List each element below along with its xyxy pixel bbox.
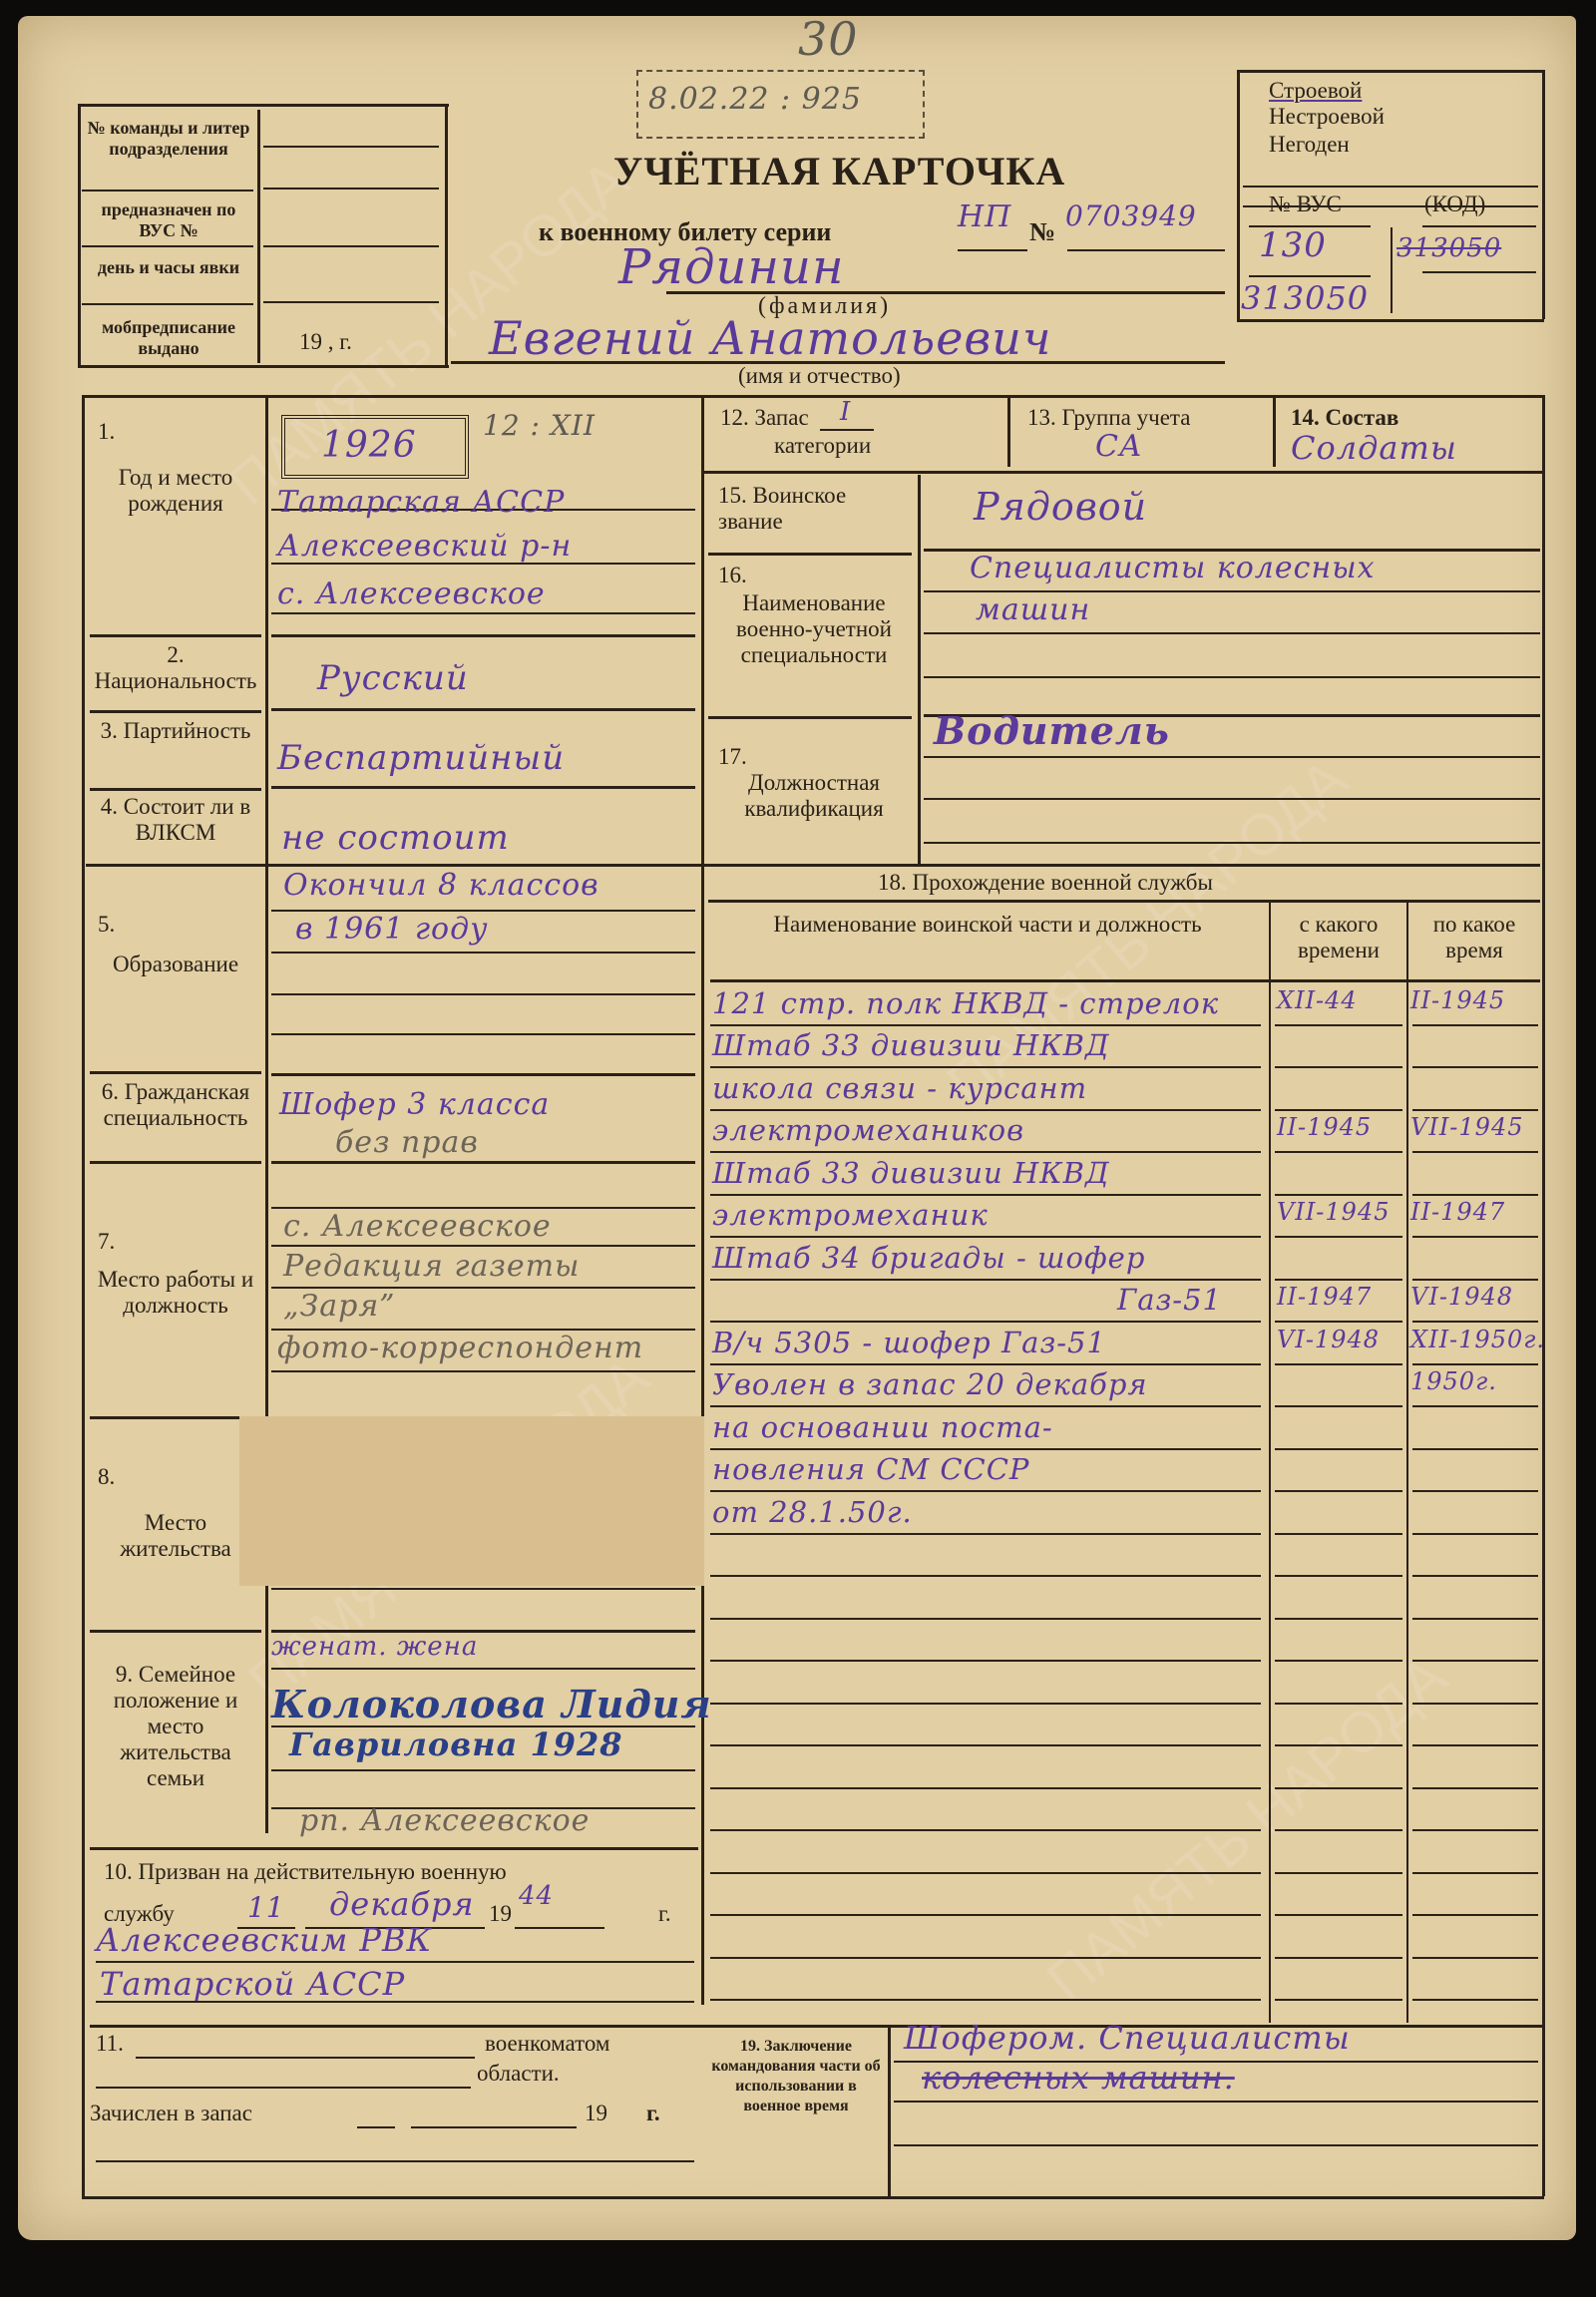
- label-mob-order: мобпредписание выдано: [84, 317, 253, 359]
- civil-specialty-line-2: без прав: [335, 1125, 479, 1160]
- service-to: II-1947: [1410, 1198, 1505, 1226]
- ruled-line: [1412, 1829, 1538, 1831]
- service-unit: электромеханик: [712, 1198, 989, 1232]
- birthplace-line-1: Татарская АССР: [277, 485, 565, 520]
- service-to: II-1945: [1410, 986, 1505, 1014]
- ruled-line: [1412, 1448, 1538, 1450]
- ruled-line: [1412, 1618, 1538, 1620]
- ruled-line: [1412, 1024, 1538, 1026]
- komsomol-membership: не состоит: [281, 818, 510, 858]
- f17-number: 17.: [718, 744, 747, 770]
- ruled-line: [1275, 1236, 1402, 1238]
- ruled-line: [1412, 1236, 1538, 1238]
- service-unit: Уволен в запас 20 декабря: [712, 1367, 1148, 1401]
- f4-label: 4. Состоит ли в ВЛКСМ: [90, 794, 261, 846]
- ruled-line: [1412, 1194, 1538, 1196]
- ruled-line: [1275, 1321, 1402, 1323]
- f15-label: 15. Воинское звание: [718, 483, 908, 535]
- ruled-line: [710, 1194, 1261, 1196]
- f7-number: 7.: [98, 1229, 138, 1255]
- f19-label: 19. Заключение командования части об исп…: [708, 2037, 884, 2116]
- f13-label: 13. Группа учета: [1027, 405, 1190, 431]
- ruled-line: [710, 1914, 1261, 1916]
- ruled-line: [1275, 1744, 1402, 1746]
- ruled-line: [1275, 1279, 1402, 1281]
- service-unit: на основании поста-: [712, 1410, 1053, 1444]
- service-header-from: с какого времени: [1275, 912, 1402, 963]
- ruled-line: [1275, 1448, 1402, 1450]
- birthplace-line-2: Алексеевский р-н: [277, 529, 572, 564]
- ruled-line: [710, 1279, 1261, 1281]
- f14-label: 14. Состав: [1291, 405, 1398, 431]
- f5-label: Образование: [90, 952, 261, 977]
- ruled-line: [710, 1236, 1261, 1238]
- ruled-line: [710, 1618, 1261, 1620]
- f3-label: 3. Партийность: [90, 718, 261, 744]
- service-to: XII-1950г.: [1410, 1326, 1545, 1353]
- f9-label: 9. Семейное положение и место жительства…: [90, 1662, 261, 1791]
- reserve-year-prefix: 19: [585, 2101, 607, 2126]
- ruled-line: [710, 1703, 1261, 1705]
- ruled-line: [1412, 1957, 1538, 1959]
- service-unit: Штаб 33 дивизии НКВД: [712, 1156, 1110, 1190]
- service-from: II-1947: [1277, 1283, 1372, 1311]
- ruled-line: [710, 1533, 1261, 1535]
- f12-label-2: категории: [774, 433, 871, 459]
- vus-value: 130: [1259, 225, 1327, 265]
- ruled-line: [1275, 1914, 1402, 1916]
- workplace-line-2: Редакция газеты: [283, 1249, 580, 1284]
- conscription-month: декабря: [329, 1885, 475, 1923]
- ruled-line: [1275, 1024, 1402, 1026]
- f8-label: Место жительства: [90, 1510, 261, 1562]
- ruled-line: [1412, 1660, 1538, 1662]
- redacted-residence: [239, 1416, 704, 1586]
- service-header-to: по какое время: [1410, 912, 1538, 963]
- ruled-line: [1412, 1872, 1538, 1874]
- nationality: Русский: [317, 658, 469, 698]
- service-to: VI-1948: [1410, 1283, 1513, 1311]
- ticket-series: НП: [958, 199, 1011, 234]
- label-vus-assigned: предназначен по ВУС №: [84, 199, 253, 241]
- ruled-line: [1275, 1703, 1402, 1705]
- ruled-line: [1412, 1787, 1538, 1789]
- name-patronymic: Евгений Анатольевич: [489, 311, 1051, 365]
- service-from: VII-1945: [1277, 1198, 1390, 1226]
- f1-number: 1.: [98, 419, 138, 445]
- ruled-line: [1275, 1066, 1402, 1068]
- f7-label: Место работы и должность: [90, 1267, 261, 1319]
- birth-year: 1926: [321, 425, 417, 466]
- ruled-line: [1412, 1109, 1538, 1111]
- service-header-unit: Наименование воинской части и должность: [714, 912, 1261, 938]
- reserve-label: Зачислен в запас: [90, 2101, 252, 2126]
- vus-value-2: 313050: [1241, 279, 1369, 317]
- ruled-line: [1275, 1194, 1402, 1196]
- accounting-group: СА: [1095, 429, 1143, 464]
- ruled-line: [710, 1999, 1261, 2001]
- ruled-line: [710, 1660, 1261, 1662]
- service-unit: от 28.1.50г.: [712, 1495, 913, 1529]
- ruled-line: [1412, 1279, 1538, 1281]
- family-line-1: женат. жена: [271, 1632, 478, 1662]
- ruled-line: [710, 1787, 1261, 1789]
- wartime-conclusion-line-1: Шофером. Специалисты: [904, 2019, 1351, 2057]
- ruled-line: [1275, 1151, 1402, 1153]
- service-unit: В/ч 5305 - шофер Газ-51: [712, 1326, 1106, 1359]
- f11-region-label: области.: [477, 2061, 560, 2087]
- label-command-number: № команды и литер подразделения: [84, 118, 253, 160]
- conscription-year: 44: [519, 1881, 554, 1911]
- workplace-line-3: „Заря”: [283, 1289, 396, 1324]
- qualification: Водитель: [934, 708, 1170, 753]
- f8-number: 8.: [98, 1464, 138, 1490]
- mob-order-date: 19 , г.: [299, 329, 439, 355]
- service-unit: Штаб 34 бригады - шофер: [712, 1241, 1145, 1275]
- education-line-2: в 1961 году: [295, 912, 489, 947]
- ruled-line: [1275, 1575, 1402, 1577]
- ruled-line: [710, 1109, 1261, 1111]
- service-unit: 121 стр. полк НКВД - стрелок: [712, 986, 1219, 1020]
- ruled-line: [710, 1151, 1261, 1153]
- service-title: 18. Прохождение военной службы: [878, 870, 1213, 896]
- ruled-line: [1412, 1533, 1538, 1535]
- ruled-line: [710, 1066, 1261, 1068]
- code-value-struck: 313050: [1396, 233, 1501, 263]
- ruled-line: [1275, 1787, 1402, 1789]
- ruled-line: [710, 1405, 1261, 1407]
- ruled-line: [1412, 1703, 1538, 1705]
- ticket-number: 0703949: [1065, 199, 1197, 232]
- f10-label: 10. Призван на действительную военную: [104, 1859, 507, 1885]
- ruled-line: [710, 1321, 1261, 1323]
- ruled-line: [1275, 1660, 1402, 1662]
- option-combatant: Строевой: [1269, 78, 1362, 104]
- service-unit: Газ-51: [1117, 1283, 1222, 1317]
- conscription-year-prefix: 19: [489, 1901, 512, 1927]
- ruled-line: [1275, 1533, 1402, 1535]
- ruled-line: [1275, 1872, 1402, 1874]
- ruled-line: [1412, 1744, 1538, 1746]
- service-to: 1950г.: [1410, 1367, 1497, 1395]
- civil-specialty-line-1: Шофер 3 класса: [279, 1087, 550, 1122]
- specialty-line-1: Специалисты колесных: [970, 551, 1376, 585]
- service-from: VI-1948: [1277, 1326, 1380, 1353]
- conscription-day: 11: [247, 1891, 285, 1924]
- ruled-line: [710, 1363, 1261, 1365]
- ruled-line: [710, 1448, 1261, 1450]
- ruled-line: [1275, 1999, 1402, 2001]
- stamp-box: 8.02.22 : 925: [636, 70, 925, 139]
- workplace-line-4: фото-корреспондент: [277, 1331, 643, 1365]
- service-from: II-1945: [1277, 1113, 1372, 1141]
- education-line-1: Окончил 8 классов: [283, 868, 599, 903]
- ruled-line: [710, 1872, 1261, 1874]
- vus-label: № ВУС: [1269, 191, 1342, 217]
- ruled-line: [1412, 1490, 1538, 1492]
- service-from: XII-44: [1277, 986, 1358, 1014]
- f2-label: 2. Национальность: [90, 642, 261, 694]
- f11-commissariat-label: военкоматом: [485, 2031, 609, 2057]
- service-to: VII-1945: [1410, 1113, 1523, 1141]
- family-line-4: рп. Алексеевское: [299, 1803, 590, 1838]
- ruled-line: [710, 1024, 1261, 1026]
- surname: Рядинин: [618, 239, 845, 295]
- ruled-line: [1412, 1066, 1538, 1068]
- ruled-line: [1412, 1914, 1538, 1916]
- birthplace-line-3: с. Алексеевское: [277, 576, 546, 611]
- stamp-text: 8.02.22 : 925: [648, 82, 862, 117]
- family-line-3: Гавриловна 1928: [289, 1725, 623, 1763]
- name-caption: (имя и отчество): [738, 363, 901, 389]
- ruled-line: [1275, 1957, 1402, 1959]
- ruled-line: [1412, 1405, 1538, 1407]
- f16-label: Наименование военно-учетной специальност…: [714, 590, 914, 668]
- archive-number: 30: [798, 12, 859, 66]
- ruled-line: [1412, 1575, 1538, 1577]
- option-noncombatant: Нестроевой: [1269, 104, 1385, 130]
- f17-label: Должностная квалификация: [714, 770, 914, 822]
- service-unit: новления СМ СССР: [712, 1452, 1029, 1486]
- label-report-time: день и часы явки: [84, 257, 253, 278]
- specialty-line-2: машин: [976, 592, 1090, 627]
- ruled-line: [1275, 1109, 1402, 1111]
- ruled-line: [1275, 1829, 1402, 1831]
- reserve-category: I: [840, 397, 851, 427]
- military-rank: Рядовой: [974, 485, 1147, 529]
- page-title: УЧЁТНАЯ КАРТОЧКА: [613, 148, 1065, 194]
- ruled-line: [710, 1490, 1261, 1492]
- ruled-line: [710, 1575, 1261, 1577]
- party-membership: Беспартийный: [277, 738, 565, 778]
- ruled-line: [1412, 1999, 1538, 2001]
- conscription-year-suffix: г.: [658, 1901, 671, 1927]
- ruled-line: [1275, 1405, 1402, 1407]
- service-unit: Штаб 33 дивизии НКВД: [712, 1028, 1110, 1062]
- service-unit: электромехаников: [712, 1113, 1024, 1147]
- ruled-line: [1412, 1151, 1538, 1153]
- ruled-line: [1275, 1490, 1402, 1492]
- personnel-category: Солдаты: [1291, 429, 1457, 467]
- f16-number: 16.: [718, 563, 747, 588]
- reserve-year-suffix: г.: [646, 2101, 660, 2126]
- ruled-line: [1412, 1363, 1538, 1365]
- ruled-line: [1412, 1321, 1538, 1323]
- conscription-office-line-2: Татарской АССР: [100, 1965, 405, 2003]
- f12-label: 12. Запас: [720, 405, 809, 431]
- f6-label: 6. Гражданская специальность: [90, 1079, 261, 1131]
- workplace-line-1: с. Алексеевское: [283, 1209, 552, 1244]
- ruled-line: [710, 1957, 1261, 1959]
- ruled-line: [1275, 1618, 1402, 1620]
- number-sign: №: [1029, 217, 1055, 247]
- ruled-line: [710, 1744, 1261, 1746]
- ruled-line: [1275, 1363, 1402, 1365]
- conscription-office-line-1: Алексеевским РВК: [96, 1921, 432, 1959]
- family-line-2: Колоколова Лидия: [271, 1682, 712, 1726]
- wartime-conclusion-line-2: колесных машин.: [922, 2059, 1235, 2097]
- birth-year-box: 1926: [281, 415, 469, 479]
- f1-label: Год и место рождения: [90, 465, 261, 517]
- code-label: (КОД): [1424, 191, 1485, 217]
- f5-number: 5.: [98, 912, 138, 938]
- option-unfit: Негоден: [1269, 132, 1350, 158]
- service-unit: школа связи - курсант: [712, 1071, 1087, 1105]
- birth-date: 12 : XII: [483, 409, 596, 442]
- f11-number: 11.: [96, 2031, 124, 2057]
- ruled-line: [710, 1829, 1261, 1831]
